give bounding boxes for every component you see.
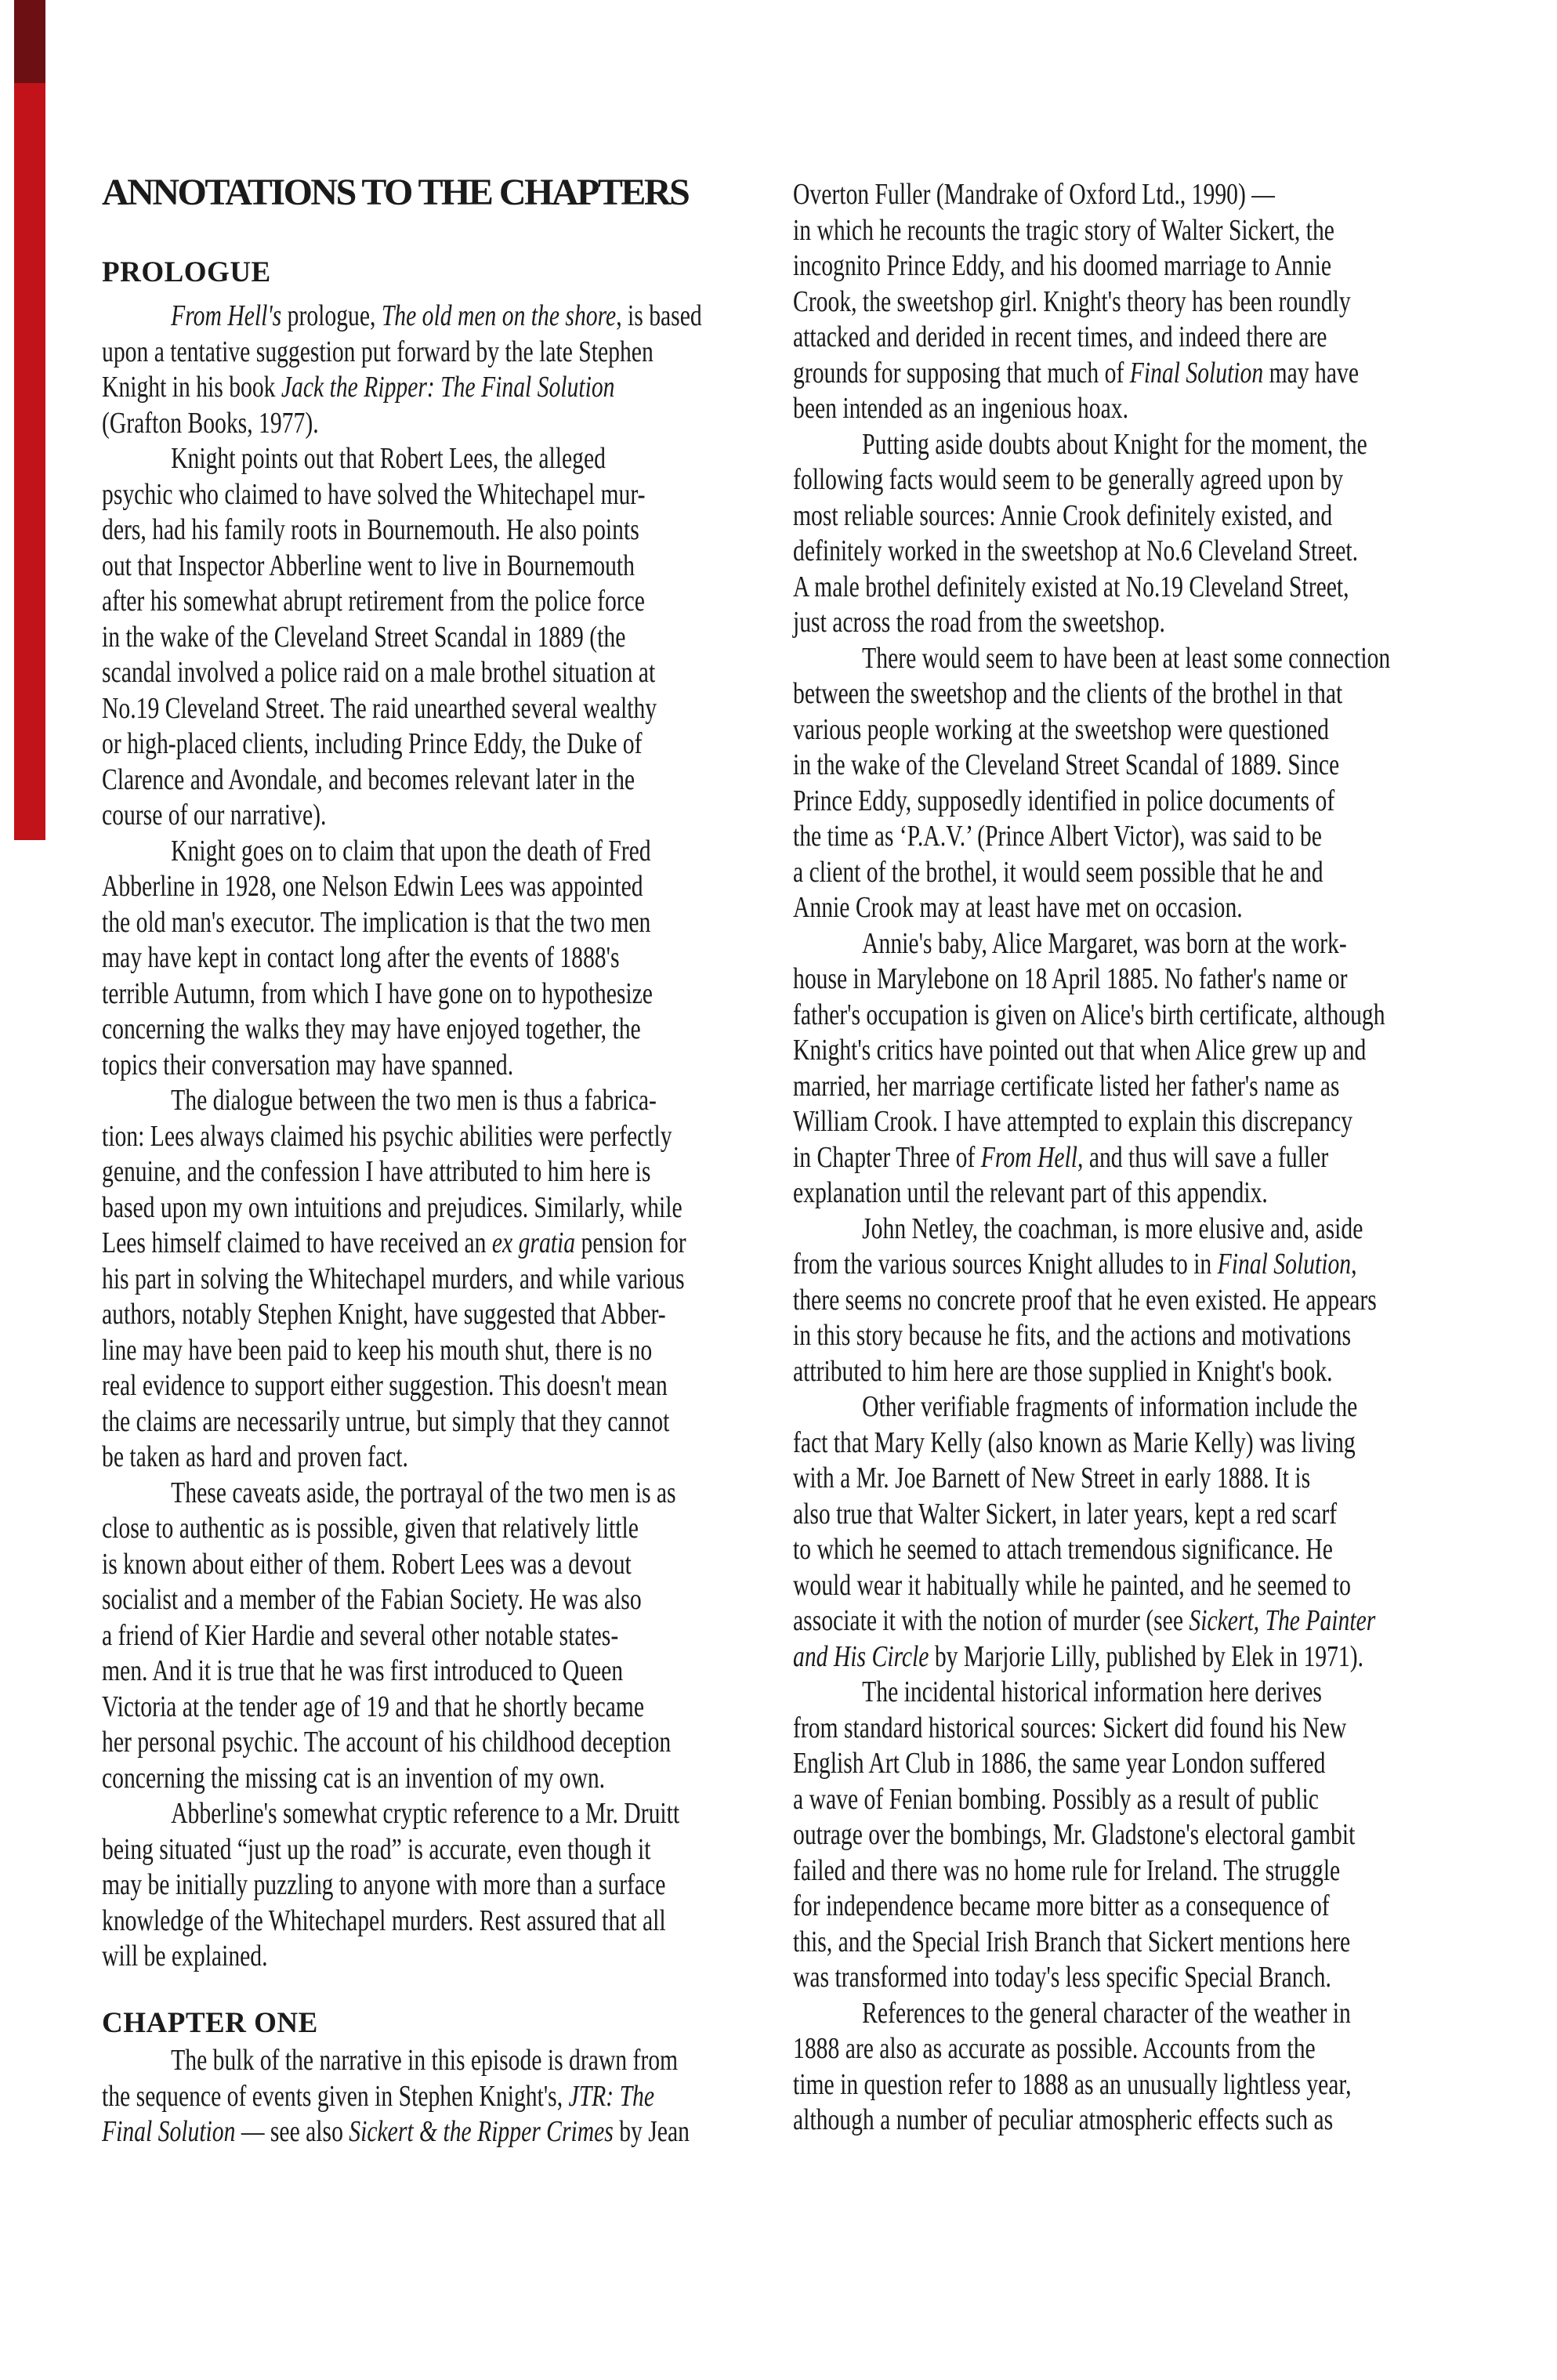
paragraph: Other verifiable fragments of informatio… <box>793 1389 1465 1675</box>
page-edge-stripe <box>14 0 45 840</box>
paragraph: Overton Fuller (Mandrake of Oxford Ltd.,… <box>793 177 1465 427</box>
stripe-dark-segment <box>14 0 45 83</box>
paragraph: References to the general character of t… <box>793 1996 1465 2139</box>
book-page: { "accents": { "ink": "#1b1b1b", "paper"… <box>0 0 1557 2380</box>
paragraph: The dialogue between the two men is thus… <box>102 1083 765 1476</box>
stripe-bright-segment <box>14 83 45 840</box>
heading-prologue: PROLOGUE <box>102 255 271 290</box>
paragraph: John Netley, the coachman, is more elusi… <box>793 1212 1465 1390</box>
paragraph: The incidental historical information he… <box>793 1675 1465 1996</box>
paragraph: These caveats aside, the portrayal of th… <box>102 1476 765 1797</box>
prologue-text-column: From Hell's prologue, The old men on the… <box>102 299 765 1975</box>
paragraph: Putting aside doubts about Knight for th… <box>793 427 1465 641</box>
paragraph: Annie's baby, Alice Margaret, was born a… <box>793 926 1465 1212</box>
paragraph: From Hell's prologue, The old men on the… <box>102 299 765 441</box>
chapter-one-text-column: The bulk of the narrative in this episod… <box>102 2043 765 2150</box>
page-title: ANNOTATIONS TO THE CHAPTERS <box>102 172 688 213</box>
paragraph: Abberline's somewhat cryptic reference t… <box>102 1796 765 1975</box>
heading-chapter-one: CHAPTER ONE <box>102 2006 318 2041</box>
paragraph: Knight goes on to claim that upon the de… <box>102 834 765 1084</box>
paragraph: There would seem to have been at least s… <box>793 641 1465 926</box>
paragraph: The bulk of the narrative in this episod… <box>102 2043 765 2150</box>
right-text-column: Overton Fuller (Mandrake of Oxford Ltd.,… <box>793 177 1465 2139</box>
paragraph: Knight points out that Robert Lees, the … <box>102 441 765 834</box>
